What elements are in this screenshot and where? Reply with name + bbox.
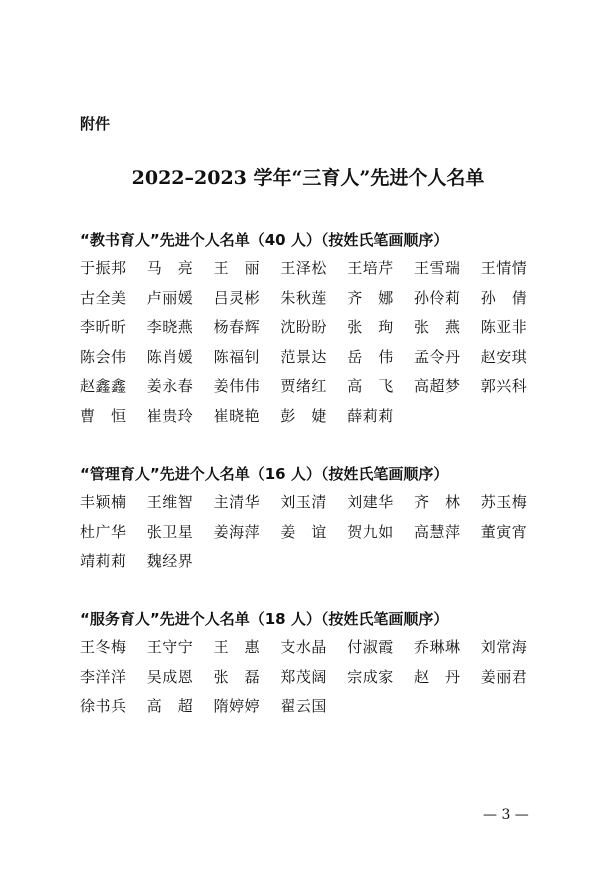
person-name: 李晓燕 (147, 316, 214, 337)
person-name: 杜广华 (80, 521, 147, 542)
person-name: 曹 恒 (80, 405, 147, 426)
person-name: 姜丽君 (481, 666, 548, 687)
person-name: 郑茂阔 (280, 666, 347, 687)
name-list-teaching: 于振邦马 亮王 丽王泽松王培芹王雪瑞王情情古全美卢丽媛吕灵彬朱秋莲齐 娜孙伶莉孙… (80, 253, 550, 430)
person-name: 齐 娜 (347, 287, 414, 308)
name-row: 李洋洋吴成恩张 磊郑茂阔宗成家赵 丹姜丽君 (80, 662, 550, 692)
person-name: 彭 婕 (280, 405, 347, 426)
person-name: 孙 倩 (481, 287, 548, 308)
person-name: 王冬梅 (80, 636, 147, 657)
person-name: 贺九如 (347, 521, 414, 542)
person-name: 崔晓艳 (214, 405, 281, 426)
name-row: 王冬梅王守宁王 惠支水晶付淑霞乔琳琳刘常海 (80, 632, 550, 662)
person-name: 王培芹 (347, 257, 414, 278)
name-list-service: 王冬梅王守宁王 惠支水晶付淑霞乔琳琳刘常海李洋洋吴成恩张 磊郑茂阔宗成家赵 丹姜… (80, 632, 550, 721)
name-row: 赵鑫鑫姜永春姜伟伟贾绪红高 飞高超梦郭兴科 (80, 371, 550, 401)
person-name: 王泽松 (280, 257, 347, 278)
person-name: 吕灵彬 (214, 287, 281, 308)
person-name: 王 惠 (214, 636, 281, 657)
person-name: 王维智 (147, 491, 214, 512)
attachment-label: 附件 (80, 113, 110, 134)
person-name: 崔贵玲 (147, 405, 214, 426)
name-row: 曹 恒崔贵玲崔晓艳彭 婕薛莉莉 (80, 401, 550, 431)
person-name: 靖莉莉 (80, 550, 147, 571)
name-row: 古全美卢丽媛吕灵彬朱秋莲齐 娜孙伶莉孙 倩 (80, 283, 550, 313)
name-row: 陈会伟陈肖媛陈福钊范景达岳 伟孟令丹赵安琪 (80, 342, 550, 372)
person-name: 卢丽媛 (147, 287, 214, 308)
person-name: 李洋洋 (80, 666, 147, 687)
person-name: 姜永春 (147, 375, 214, 396)
person-name: 刘玉清 (280, 491, 347, 512)
person-name: 姜海萍 (214, 521, 281, 542)
person-name: 支水晶 (280, 636, 347, 657)
person-name: 杨春辉 (214, 316, 281, 337)
person-name: 王雪瑞 (414, 257, 481, 278)
person-name: 陈福钊 (214, 346, 281, 367)
person-name: 孟令丹 (414, 346, 481, 367)
person-name: 翟云国 (280, 695, 347, 716)
document-title: 2022–2023 学年“三育人”先进个人名单 (0, 163, 616, 190)
name-row: 李昕昕李晓燕杨春辉沈盼盼张 珣张 燕陈亚非 (80, 312, 550, 342)
person-name: 刘建华 (347, 491, 414, 512)
person-name: 于振邦 (80, 257, 147, 278)
person-name: 孙伶莉 (414, 287, 481, 308)
name-list-management: 丰颖楠王维智主清华刘玉清刘建华齐 林苏玉梅杜广华张卫星姜海萍姜 谊贺九如高慧萍董… (80, 487, 550, 576)
person-name: 赵鑫鑫 (80, 375, 147, 396)
person-name: 张 燕 (414, 316, 481, 337)
person-name: 乔琳琳 (414, 636, 481, 657)
person-name: 朱秋莲 (280, 287, 347, 308)
name-row: 丰颖楠王维智主清华刘玉清刘建华齐 林苏玉梅 (80, 487, 550, 517)
person-name: 赵 丹 (414, 666, 481, 687)
name-row: 于振邦马 亮王 丽王泽松王培芹王雪瑞王情情 (80, 253, 550, 283)
person-name: 王情情 (481, 257, 548, 278)
person-name: 陈肖媛 (147, 346, 214, 367)
person-name: 齐 林 (414, 491, 481, 512)
section-heading-service: “服务育人”先进个人名单（18 人）（按姓氏笔画顺序） (80, 608, 448, 629)
name-row: 徐书兵高 超隋婷婷翟云国 (80, 691, 550, 721)
section-heading-management: “管理育人”先进个人名单（16 人）（按姓氏笔画顺序） (80, 463, 448, 484)
person-name: 薛莉莉 (347, 405, 414, 426)
person-name: 魏经界 (147, 550, 214, 571)
person-name: 姜 谊 (280, 521, 347, 542)
person-name: 苏玉梅 (481, 491, 548, 512)
section-heading-teaching: “教书育人”先进个人名单（40 人）（按姓氏笔画顺序） (80, 229, 448, 250)
person-name: 王 丽 (214, 257, 281, 278)
person-name: 隋婷婷 (214, 695, 281, 716)
person-name: 岳 伟 (347, 346, 414, 367)
name-row: 靖莉莉魏经界 (80, 546, 550, 576)
person-name: 宗成家 (347, 666, 414, 687)
page-number: — 3 — (483, 807, 529, 823)
person-name: 张 磊 (214, 666, 281, 687)
person-name: 高慧萍 (414, 521, 481, 542)
person-name: 徐书兵 (80, 695, 147, 716)
person-name: 高 超 (147, 695, 214, 716)
person-name: 郭兴科 (481, 375, 548, 396)
person-name: 赵安琪 (481, 346, 548, 367)
person-name: 丰颖楠 (80, 491, 147, 512)
person-name: 范景达 (280, 346, 347, 367)
person-name: 陈亚非 (481, 316, 548, 337)
person-name: 王守宁 (147, 636, 214, 657)
person-name: 马 亮 (147, 257, 214, 278)
name-row: 杜广华张卫星姜海萍姜 谊贺九如高慧萍董寅宵 (80, 517, 550, 547)
person-name: 高超梦 (414, 375, 481, 396)
person-name: 刘常海 (481, 636, 548, 657)
person-name: 姜伟伟 (214, 375, 281, 396)
person-name: 沈盼盼 (280, 316, 347, 337)
person-name: 李昕昕 (80, 316, 147, 337)
person-name: 陈会伟 (80, 346, 147, 367)
person-name: 贾绪红 (280, 375, 347, 396)
person-name: 董寅宵 (481, 521, 548, 542)
person-name: 张卫星 (147, 521, 214, 542)
person-name: 主清华 (214, 491, 281, 512)
person-name: 高 飞 (347, 375, 414, 396)
person-name: 付淑霞 (347, 636, 414, 657)
person-name: 吴成恩 (147, 666, 214, 687)
person-name: 张 珣 (347, 316, 414, 337)
person-name: 古全美 (80, 287, 147, 308)
